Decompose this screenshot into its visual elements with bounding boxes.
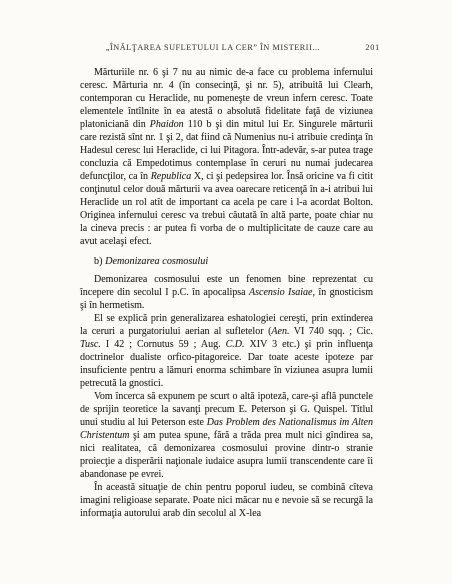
paragraph: El se explică prin generalizarea eshatol…: [80, 312, 373, 390]
text-run: b): [94, 256, 105, 267]
italic-text-run: C.D.: [226, 339, 245, 350]
running-head: „ÎNĂLŢAREA SUFLETULUI LA CER” ÎN MISTERI…: [80, 43, 380, 55]
paragraph: Vom încerca să expunem pe scurt o altă i…: [80, 390, 373, 481]
text-run: I 42 ; Cornutus 59 ; Aug.: [101, 339, 226, 350]
text-run: În această situaţie de chin pentru popor…: [80, 482, 373, 519]
italic-text-run: Demonizarea cosmosului: [105, 256, 208, 267]
running-head-title: „ÎNĂLŢAREA SUFLETULUI LA CER” ÎN MISTERI…: [80, 43, 346, 52]
italic-text-run: Republica: [151, 171, 192, 182]
italic-text-run: Phaidon: [150, 119, 184, 130]
section-heading: b) Demonizarea cosmosului: [80, 255, 373, 268]
book-page: „ÎNĂLŢAREA SUFLETULUI LA CER” ÎN MISTERI…: [0, 0, 452, 584]
paragraph: Mărturiile nr. 6 şi 7 nu au nimic de-a f…: [80, 66, 373, 248]
italic-text-run: Ascensio Isaiae: [249, 287, 312, 298]
page-number: 201: [365, 43, 380, 52]
text-run: X, ci şi pedepsirea lor. Însă oricine va…: [80, 171, 373, 247]
italic-text-run: Aen.: [271, 326, 289, 337]
italic-text-run: Tusc.: [80, 339, 101, 350]
paragraph: În această situaţie de chin pentru popor…: [80, 481, 373, 520]
paragraph: Demonizarea cosmosului este un fenomen b…: [80, 273, 373, 312]
text-column: Mărturiile nr. 6 şi 7 nu au nimic de-a f…: [80, 66, 373, 520]
text-run: VI 740 sqq. ; Cic.: [289, 326, 373, 337]
